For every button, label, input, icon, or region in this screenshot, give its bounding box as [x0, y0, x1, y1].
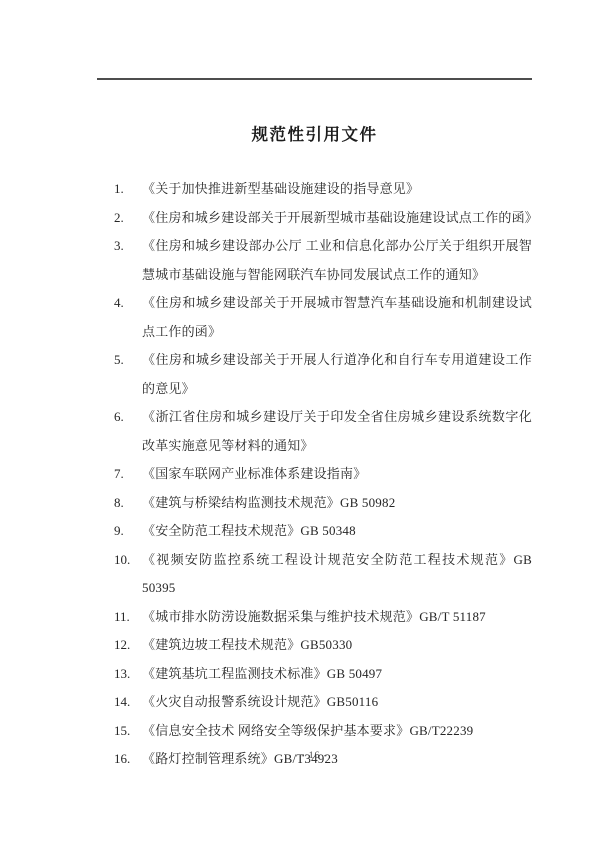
- list-item-number: 6.: [114, 403, 142, 432]
- list-item-number: 1.: [114, 175, 142, 204]
- list-item-number: 9.: [114, 517, 142, 546]
- list-item: 1. 《关于加快推进新型基础设施建设的指导意见》: [114, 175, 532, 204]
- list-item: 15. 《信息安全技术 网络安全等级保护基本要求》GB/T22239: [114, 717, 532, 746]
- list-item-number: 11.: [114, 603, 142, 632]
- list-item: 10. 《视频安防监控系统工程设计规范安全防范工程技术规范》GB 50395: [114, 546, 532, 603]
- list-item: 14. 《火灾自动报警系统设计规范》GB50116: [114, 688, 532, 717]
- list-item: 9. 《安全防范工程技术规范》GB 50348: [114, 517, 532, 546]
- list-item: 13. 《建筑基坑工程监测技术标准》GB 50497: [114, 660, 532, 689]
- list-item-text: 《国家车联网产业标准体系建设指南》: [142, 460, 532, 489]
- list-item-text: 《浙江省住房和城乡建设厅关于印发全省住房城乡建设系统数字化改革实施意见等材料的通…: [142, 403, 532, 460]
- list-item: 2. 《住房和城乡建设部关于开展新型城市基础设施建设试点工作的函》: [114, 204, 532, 233]
- list-item-text: 《建筑与桥梁结构监测技术规范》GB 50982: [142, 489, 532, 518]
- list-item-number: 7.: [114, 460, 142, 489]
- list-item-text: 《视频安防监控系统工程设计规范安全防范工程技术规范》GB 50395: [142, 546, 532, 603]
- list-item: 12. 《建筑边坡工程技术规范》GB50330: [114, 631, 532, 660]
- list-item-number: 12.: [114, 631, 142, 660]
- page-title: 规范性引用文件: [97, 121, 532, 145]
- list-item-text: 《信息安全技术 网络安全等级保护基本要求》GB/T22239: [142, 717, 532, 746]
- list-item-number: 15.: [114, 717, 142, 746]
- list-item-number: 5.: [114, 346, 142, 375]
- list-item-number: 13.: [114, 660, 142, 689]
- list-item-text: 《住房和城乡建设部关于开展城市智慧汽车基础设施和机制建设试点工作的函》: [142, 289, 532, 346]
- list-item-number: 14.: [114, 688, 142, 717]
- list-item: 6. 《浙江省住房和城乡建设厅关于印发全省住房城乡建设系统数字化改革实施意见等材…: [114, 403, 532, 460]
- list-item: 3. 《住房和城乡建设部办公厅 工业和信息化部办公厅关于组织开展智慧城市基础设施…: [114, 232, 532, 289]
- list-item-text: 《火灾自动报警系统设计规范》GB50116: [142, 688, 532, 717]
- list-item-text: 《关于加快推进新型基础设施建设的指导意见》: [142, 175, 532, 204]
- document-page: 规范性引用文件 1. 《关于加快推进新型基础设施建设的指导意见》 2. 《住房和…: [0, 0, 600, 848]
- list-item: 11. 《城市排水防涝设施数据采集与维护技术规范》GB/T 51187: [114, 603, 532, 632]
- list-item-number: 8.: [114, 489, 142, 518]
- list-item: 7. 《国家车联网产业标准体系建设指南》: [114, 460, 532, 489]
- list-item-text: 《住房和城乡建设部办公厅 工业和信息化部办公厅关于组织开展智慧城市基础设施与智能…: [142, 232, 532, 289]
- list-item: 8. 《建筑与桥梁结构监测技术规范》GB 50982: [114, 489, 532, 518]
- list-item-text: 《住房和城乡建设部关于开展新型城市基础设施建设试点工作的函》: [142, 204, 532, 233]
- list-item: 5. 《住房和城乡建设部关于开展人行道净化和自行车专用道建设工作的意见》: [114, 346, 532, 403]
- list-item-number: 3.: [114, 232, 142, 261]
- list-item-text: 《城市排水防涝设施数据采集与维护技术规范》GB/T 51187: [142, 603, 532, 632]
- header-rule: [97, 78, 532, 80]
- list-item-number: 2.: [114, 204, 142, 233]
- list-item-text: 《住房和城乡建设部关于开展人行道净化和自行车专用道建设工作的意见》: [142, 346, 532, 403]
- page-number: - 16 -: [97, 751, 532, 761]
- list-item-text: 《建筑边坡工程技术规范》GB50330: [142, 631, 532, 660]
- list-item: 4. 《住房和城乡建设部关于开展城市智慧汽车基础设施和机制建设试点工作的函》: [114, 289, 532, 346]
- references-list: 1. 《关于加快推进新型基础设施建设的指导意见》 2. 《住房和城乡建设部关于开…: [114, 175, 532, 774]
- list-item-text: 《建筑基坑工程监测技术标准》GB 50497: [142, 660, 532, 689]
- list-item-number: 10.: [114, 546, 142, 575]
- list-item-number: 4.: [114, 289, 142, 318]
- list-item-text: 《安全防范工程技术规范》GB 50348: [142, 517, 532, 546]
